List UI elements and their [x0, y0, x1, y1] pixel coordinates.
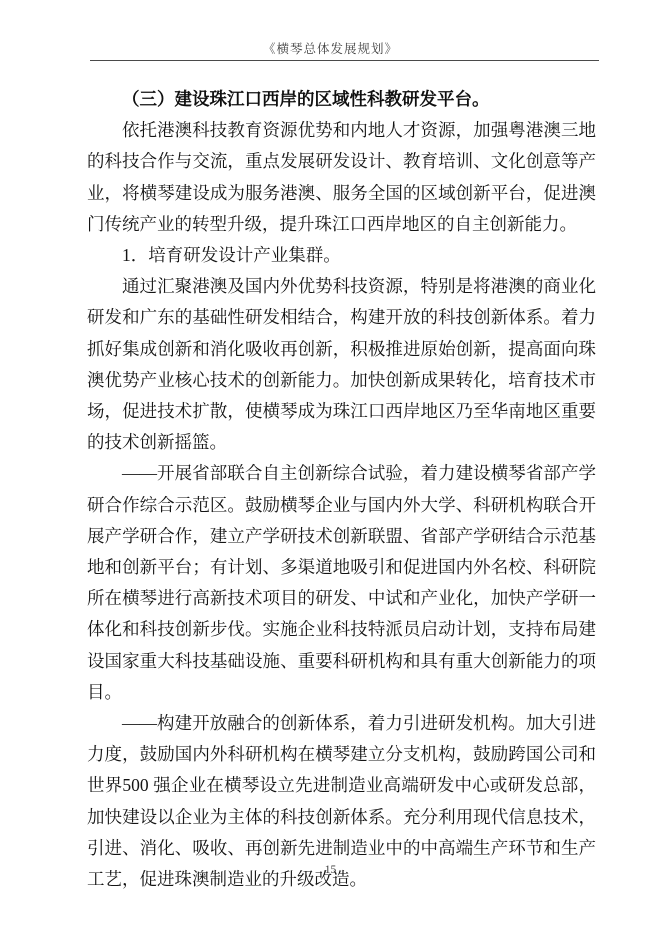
page-header-title: 《横琴总体发展规划》 — [0, 39, 661, 57]
paragraph: 通过汇聚港澳及国内外优势科技资源，特别是将港澳的商业化研发和广东的基础性研发相结… — [87, 271, 596, 458]
paragraph: ——开展省部联合自主创新综合试验，着力建设横琴省部产学研合作综合示范区。鼓励横琴… — [87, 458, 596, 708]
paragraph: 依托港澳科技教育资源优势和内地人才资源，加强粤港澳三地的科技合作与交流，重点发展… — [87, 115, 596, 240]
section-heading: （三）建设珠江口西岸的区域性科教研发平台。 — [87, 84, 596, 115]
page-number: 15 — [0, 864, 661, 876]
subsection-heading: 1．培育研发设计产业集群。 — [87, 240, 596, 271]
document-body: （三）建设珠江口西岸的区域性科教研发平台。 依托港澳科技教育资源优势和内地人才资… — [87, 84, 596, 895]
document-page: 《横琴总体发展规划》 （三）建设珠江口西岸的区域性科教研发平台。 依托港澳科技教… — [0, 0, 661, 935]
header-divider-line — [90, 60, 599, 61]
